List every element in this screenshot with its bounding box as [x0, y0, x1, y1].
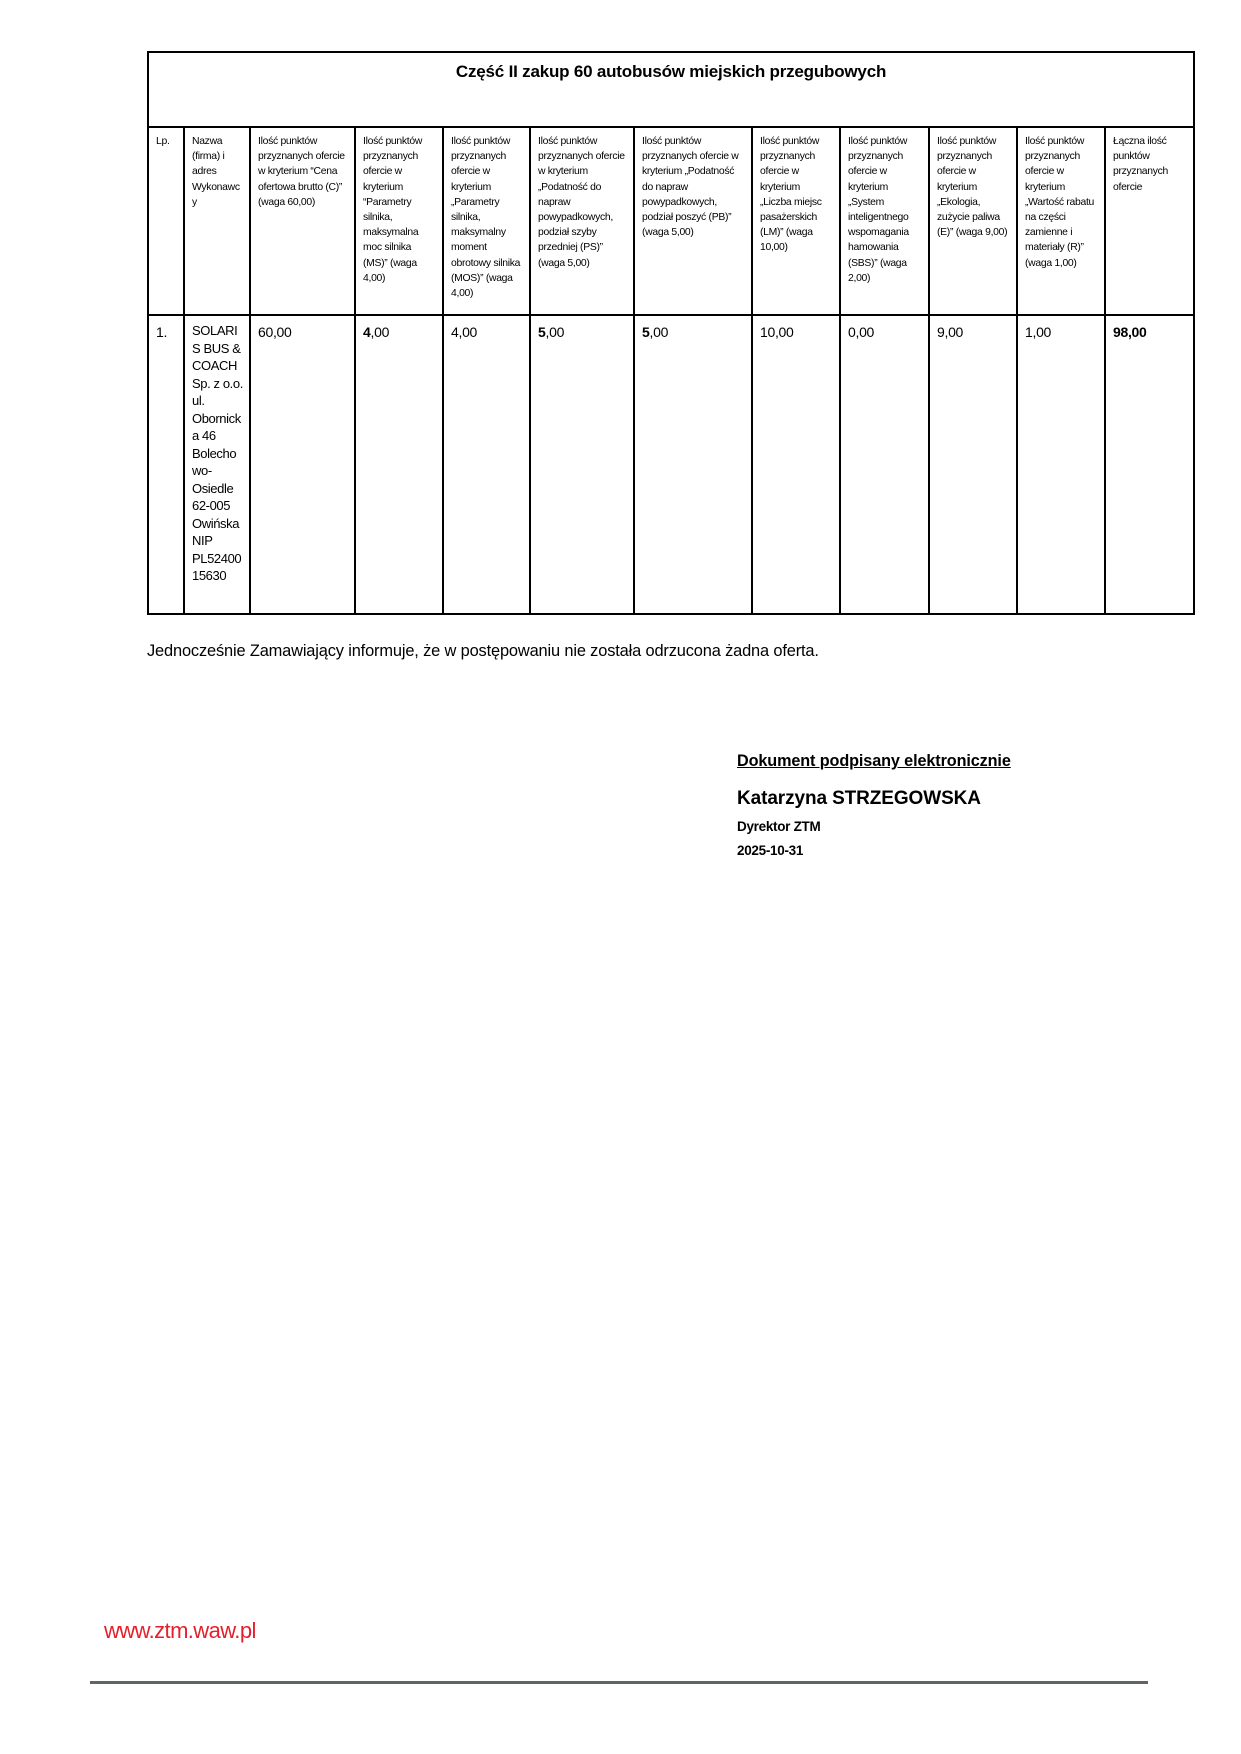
- row-lp: 1.: [148, 315, 184, 614]
- header-firm: Nazwa (firma) i adres Wykonawcy: [184, 127, 250, 315]
- header-engine-power: Ilość punktów przyznanych ofercie w kryt…: [355, 127, 443, 315]
- score-discount: 1,00: [1017, 315, 1105, 614]
- signature-block: Dokument podpisany elektronicznie Katarz…: [737, 752, 1011, 858]
- score-ecology: 9,00: [929, 315, 1017, 614]
- header-discount: Ilość punktów przyznanych ofercie w kryt…: [1017, 127, 1105, 315]
- results-table: Część II zakup 60 autobusów miejskich pr…: [147, 51, 1195, 615]
- signature-date: 2025-10-31: [737, 843, 1011, 858]
- header-ecology: Ilość punktów przyznanych ofercie w kryt…: [929, 127, 1017, 315]
- footer-divider: [90, 1681, 1148, 1684]
- header-lp: Lp.: [148, 127, 184, 315]
- footer-website-link[interactable]: www.ztm.waw.pl: [104, 1618, 256, 1644]
- header-price: Ilość punktów przyznanych ofercie w kryt…: [250, 127, 355, 315]
- header-windshield: Ilość punktów przyznanych ofercie w kryt…: [530, 127, 634, 315]
- table-row: 1. SOLARIS BUS & COACH Sp. z o.o. ul. Ob…: [148, 315, 1194, 614]
- score-price: 60,00: [250, 315, 355, 614]
- header-braking-system: Ilość punktów przyznanych ofercie w kryt…: [840, 127, 929, 315]
- score-engine-torque: 4,00: [443, 315, 530, 614]
- row-firm: SOLARIS BUS & COACH Sp. z o.o. ul. Oborn…: [184, 315, 250, 614]
- score-total: 98,00: [1105, 315, 1194, 614]
- score-passenger-seats: 10,00: [752, 315, 840, 614]
- score-engine-power: 4,00: [355, 315, 443, 614]
- header-body-panels: Ilość punktów przyznanych ofercie w kryt…: [634, 127, 752, 315]
- score-leading-digit: 5: [538, 324, 546, 340]
- header-total: Łączna ilość punktów przyznanych ofercie: [1105, 127, 1194, 315]
- signatory-name: Katarzyna STRZEGOWSKA: [737, 788, 1011, 810]
- score-braking-system: 0,00: [840, 315, 929, 614]
- header-engine-torque: Ilość punktów przyznanych ofercie w kryt…: [443, 127, 530, 315]
- score-leading-digit: 5: [642, 324, 650, 340]
- rejection-notice: Jednocześnie Zamawiający informuje, że w…: [147, 642, 819, 661]
- table-title-row: Część II zakup 60 autobusów miejskich pr…: [148, 52, 1194, 127]
- header-passenger-seats: Ilość punktów przyznanych ofercie w kryt…: [752, 127, 840, 315]
- score-windshield: 5,00: [530, 315, 634, 614]
- score-body-panels: 5,00: [634, 315, 752, 614]
- table-title: Część II zakup 60 autobusów miejskich pr…: [148, 52, 1194, 127]
- table-header-row: Lp. Nazwa (firma) i adres Wykonawcy Iloś…: [148, 127, 1194, 315]
- score-leading-digit: 4: [363, 324, 371, 340]
- signatory-role: Dyrektor ZTM: [737, 819, 1011, 834]
- signature-heading: Dokument podpisany elektronicznie: [737, 752, 1011, 771]
